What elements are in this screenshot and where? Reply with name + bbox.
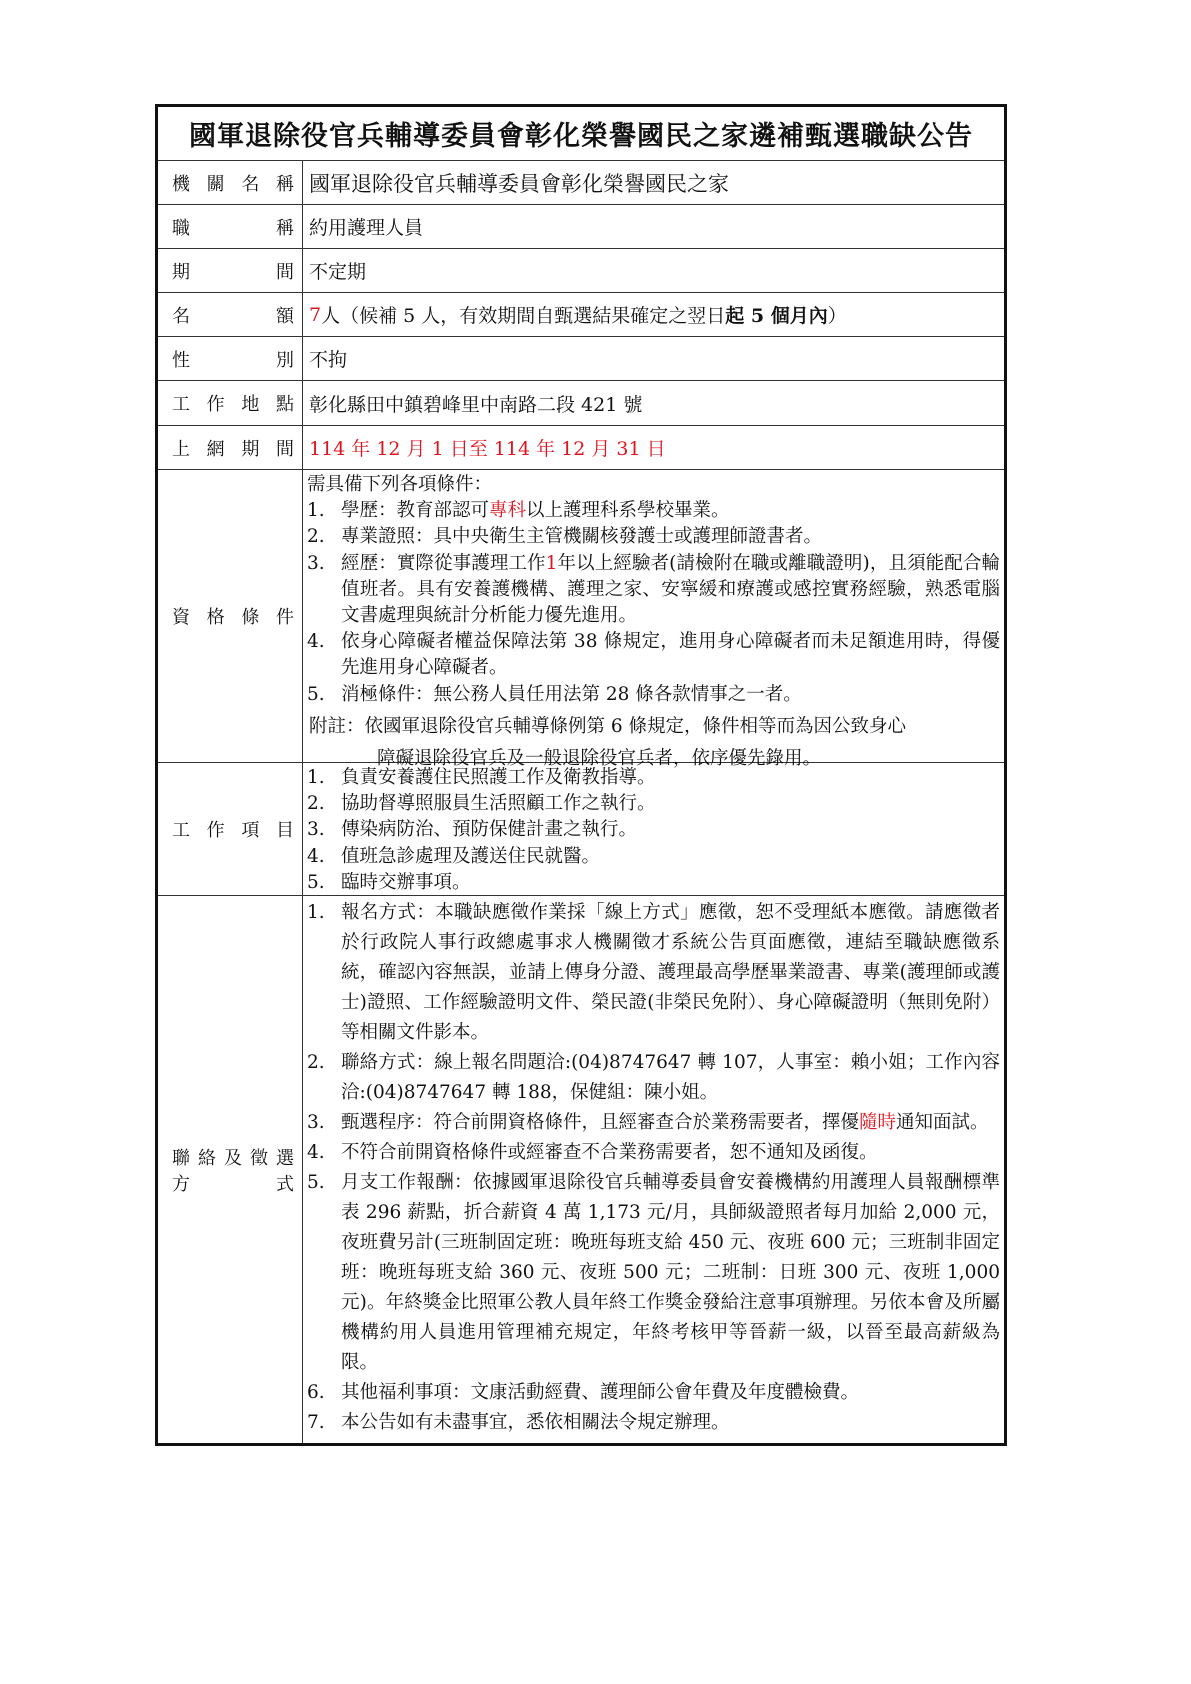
label-char: 稱	[276, 170, 294, 196]
highlight-text: 1	[546, 553, 558, 574]
label-char: 工	[172, 390, 190, 416]
qualification-item: 3. 經歷：實際從事護理工作1年以上經驗者(請檢附在職或離職證明)，且須能配合輪…	[307, 551, 1000, 630]
item-number: 5.	[307, 870, 341, 896]
label-char: 件	[276, 603, 294, 629]
duty-item: 3.傳染病防治、預防保健計畫之執行。	[307, 817, 1000, 843]
label-char: 名	[241, 170, 259, 196]
contact-item: 4.不符合前開資格條件或經審查不合業務需要者，恕不通知及函復。	[307, 1138, 1000, 1168]
label-duties: 工 作 項 目	[158, 763, 303, 895]
contact-item: 5.月支工作報酬：依據國軍退除役官兵輔導委員會安養機構約用護理人員報酬標準表 2…	[307, 1168, 1000, 1378]
item-text: 報名方式：本職缺應徵作業採「線上方式」應徵，恕不受理紙本應徵。請應徵者於行政院人…	[341, 898, 1000, 1048]
qualification-item: 2. 專業證照：具中央衛生主管機關核發護士或護理師證書者。	[307, 524, 1000, 550]
item-number: 2.	[307, 1048, 341, 1108]
label-char: 期	[172, 258, 190, 284]
label-char: 徵	[250, 1144, 268, 1170]
label-char: 式	[276, 1170, 294, 1196]
value-quota: 7 人（候補 5 人，有效期間自甄選結果確定之翌日 起 5 個月內 ）	[303, 293, 1004, 336]
text-segment: 甄選程序：符合前開資格條件，且經審查合於業務需要者，擇優	[341, 1112, 859, 1133]
label-char: 選	[276, 1144, 294, 1170]
qualification-item: 5. 消極條件：無公務人員任用法第 28 條各款情事之一者。	[307, 682, 1000, 708]
label-char: 聯	[172, 1144, 190, 1170]
row-location: 工 作 地 點 彰化縣田中鎮碧峰里中南路二段 421 號	[158, 380, 1004, 425]
contact-item: 3.甄選程序：符合前開資格條件，且經審查合於業務需要者，擇優隨時通知面試。	[307, 1108, 1000, 1138]
row-period: 期 間 不定期	[158, 248, 1004, 292]
item-number: 7.	[307, 1408, 341, 1438]
qualification-item: 1. 學歷：教育部認可專科以上護理科系學校畢業。	[307, 498, 1000, 524]
item-text: 其他福利事項：文康活動經費、護理師公會年費及年度體檢費。	[341, 1378, 1000, 1408]
label-char: 資	[172, 603, 190, 629]
contact-content: 1.報名方式：本職缺應徵作業採「線上方式」應徵，恕不受理紙本應徵。請應徵者於行政…	[303, 896, 1004, 1443]
label-contact: 聯 絡 及 徵 選 方 式	[158, 896, 303, 1443]
text-segment: 學歷：教育部認可	[341, 500, 489, 521]
duty-item: 1.負責安養護住民照護工作及衛教指導。	[307, 765, 1000, 791]
highlight-text: 隨時	[859, 1112, 896, 1133]
label-contact-line2: 方 式	[172, 1170, 294, 1196]
row-position: 職 稱 約用護理人員	[158, 204, 1004, 248]
item-number: 4.	[307, 629, 341, 681]
qualifications-intro: 需具備下列各項條件：	[307, 472, 1000, 498]
item-text: 不符合前開資格條件或經審查不合業務需要者，恕不通知及函復。	[341, 1138, 1000, 1168]
label-char: 格	[207, 603, 225, 629]
quota-text: 人（候補 5 人，有效期間自甄選結果確定之翌日	[321, 301, 725, 328]
item-number: 1.	[307, 765, 341, 791]
value-posting-period: 114 年 12 月 1 日至 114 年 12 月 31 日	[303, 426, 1004, 469]
label-char: 別	[276, 346, 294, 372]
label-char: 關	[207, 170, 225, 196]
item-text: 聯絡方式：線上報名問題洽:(04)8747647 轉 107，人事室：賴小姐；工…	[341, 1048, 1000, 1108]
item-text: 甄選程序：符合前開資格條件，且經審查合於業務需要者，擇優隨時通知面試。	[341, 1108, 1000, 1138]
row-quota: 名 額 7 人（候補 5 人，有效期間自甄選結果確定之翌日 起 5 個月內 ）	[158, 292, 1004, 336]
text-segment: 以上護理科系學校畢業。	[526, 500, 730, 521]
document-title: 國軍退除役官兵輔導委員會彰化榮譽國民之家遴補甄選職缺公告	[189, 114, 973, 153]
row-qualifications: 資 格 條 件 需具備下列各項條件： 1. 學歷：教育部認可專科以上護理科系學校…	[158, 469, 1004, 762]
item-text: 值班急診處理及護送住民就醫。	[341, 844, 1000, 870]
label-char: 作	[207, 390, 225, 416]
label-char: 方	[172, 1170, 190, 1196]
title-row: 國軍退除役官兵輔導委員會彰化榮譽國民之家遴補甄選職缺公告	[158, 107, 1004, 160]
label-posting-period: 上 網 期 間	[158, 426, 303, 469]
label-char: 絡	[198, 1144, 216, 1170]
item-text: 經歷：實際從事護理工作1年以上經驗者(請檢附在職或離職證明)，且須能配合輪值班者…	[341, 551, 1000, 630]
item-text: 協助督導照服員生活照顧工作之執行。	[341, 791, 1000, 817]
label-char: 期	[241, 435, 259, 461]
row-agency: 機 關 名 稱 國軍退除役官兵輔導委員會彰化榮譽國民之家	[158, 160, 1004, 204]
label-position: 職 稱	[158, 205, 303, 248]
quota-count: 7	[309, 304, 321, 326]
item-text: 消極條件：無公務人員任用法第 28 條各款情事之一者。	[341, 682, 1000, 708]
duty-item: 4.值班急診處理及護送住民就醫。	[307, 844, 1000, 870]
announcement-table: 國軍退除役官兵輔導委員會彰化榮譽國民之家遴補甄選職缺公告 機 關 名 稱 國軍退…	[155, 104, 1007, 1446]
contact-item: 1.報名方式：本職缺應徵作業採「線上方式」應徵，恕不受理紙本應徵。請應徵者於行政…	[307, 898, 1000, 1048]
label-qualifications: 資 格 條 件	[158, 470, 303, 762]
label-char: 職	[172, 214, 190, 240]
item-text: 負責安養護住民照護工作及衛教指導。	[341, 765, 1000, 791]
label-char: 及	[224, 1144, 242, 1170]
item-text: 專業證照：具中央衛生主管機關核發護士或護理師證書者。	[341, 524, 1000, 550]
label-char: 稱	[276, 214, 294, 240]
item-number: 4.	[307, 1138, 341, 1168]
label-char: 機	[172, 170, 190, 196]
quota-validity: 起 5 個月內	[725, 301, 827, 328]
duties-content: 1.負責安養護住民照護工作及衛教指導。 2.協助督導照服員生活照顧工作之執行。 …	[303, 763, 1004, 895]
item-text: 臨時交辦事項。	[341, 870, 1000, 896]
row-posting-period: 上 網 期 間 114 年 12 月 1 日至 114 年 12 月 31 日	[158, 425, 1004, 469]
value-period: 不定期	[303, 249, 1004, 292]
item-text: 本公告如有未盡事宜，悉依相關法令規定辦理。	[341, 1408, 1000, 1438]
qualifications-content: 需具備下列各項條件： 1. 學歷：教育部認可專科以上護理科系學校畢業。 2. 專…	[303, 470, 1004, 762]
row-gender: 性 別 不拘	[158, 336, 1004, 380]
item-number: 2.	[307, 524, 341, 550]
text-segment: 經歷：實際從事護理工作	[341, 553, 546, 574]
item-number: 1.	[307, 498, 341, 524]
label-char: 作	[207, 816, 225, 842]
item-number: 5.	[307, 682, 341, 708]
label-char: 額	[276, 302, 294, 328]
item-text: 依身心障礙者權益保障法第 38 條規定，進用身心障礙者而未足額進用時，得優先進用…	[341, 629, 1000, 681]
label-char: 地	[241, 390, 259, 416]
item-number: 3.	[307, 551, 341, 630]
label-gender: 性 別	[158, 337, 303, 380]
qualifications-note: 附註：依國軍退除役官兵輔導條例第 6 條規定，條件相等而為因公致身心	[307, 714, 1000, 740]
item-number: 1.	[307, 898, 341, 1048]
label-char: 上	[172, 435, 190, 461]
contact-item: 7.本公告如有未盡事宜，悉依相關法令規定辦理。	[307, 1408, 1000, 1438]
row-contact: 聯 絡 及 徵 選 方 式 1.報名方式：本職缺應徵作業採「線上方式」應徵，恕不…	[158, 895, 1004, 1443]
qualification-item: 4. 依身心障礙者權益保障法第 38 條規定，進用身心障礙者而未足額進用時，得優…	[307, 629, 1000, 681]
item-text: 月支工作報酬：依據國軍退除役官兵輔導委員會安養機構約用護理人員報酬標準表 296…	[341, 1168, 1000, 1378]
label-char: 點	[276, 390, 294, 416]
item-number: 4.	[307, 844, 341, 870]
label-contact-line1: 聯 絡 及 徵 選	[172, 1144, 294, 1170]
label-char: 目	[276, 816, 294, 842]
label-char: 間	[276, 435, 294, 461]
item-text: 傳染病防治、預防保健計畫之執行。	[341, 817, 1000, 843]
row-duties: 工 作 項 目 1.負責安養護住民照護工作及衛教指導。 2.協助督導照服員生活照…	[158, 762, 1004, 895]
contact-item: 2.聯絡方式：線上報名問題洽:(04)8747647 轉 107，人事室：賴小姐…	[307, 1048, 1000, 1108]
duty-item: 2.協助督導照服員生活照顧工作之執行。	[307, 791, 1000, 817]
item-number: 3.	[307, 817, 341, 843]
label-agency: 機 關 名 稱	[158, 161, 303, 204]
quota-close: ）	[828, 301, 847, 328]
text-segment: 通知面試。	[896, 1112, 989, 1133]
value-agency: 國軍退除役官兵輔導委員會彰化榮譽國民之家	[303, 161, 1004, 204]
value-gender: 不拘	[303, 337, 1004, 380]
label-quota: 名 額	[158, 293, 303, 336]
label-char: 間	[276, 258, 294, 284]
label-char: 工	[172, 816, 190, 842]
label-char: 性	[172, 346, 190, 372]
contact-item: 6.其他福利事項：文康活動經費、護理師公會年費及年度體檢費。	[307, 1378, 1000, 1408]
duty-item: 5.臨時交辦事項。	[307, 870, 1000, 896]
item-number: 6.	[307, 1378, 341, 1408]
item-text: 學歷：教育部認可專科以上護理科系學校畢業。	[341, 498, 1000, 524]
item-number: 5.	[307, 1168, 341, 1378]
highlight-text: 專科	[489, 500, 526, 521]
label-char: 條	[241, 603, 259, 629]
label-location: 工 作 地 點	[158, 381, 303, 425]
label-char: 項	[241, 816, 259, 842]
label-char: 網	[207, 435, 225, 461]
label-period: 期 間	[158, 249, 303, 292]
item-number: 3.	[307, 1108, 341, 1138]
value-location: 彰化縣田中鎮碧峰里中南路二段 421 號	[303, 381, 1004, 425]
label-char: 名	[172, 302, 190, 328]
value-position: 約用護理人員	[303, 205, 1004, 248]
item-number: 2.	[307, 791, 341, 817]
